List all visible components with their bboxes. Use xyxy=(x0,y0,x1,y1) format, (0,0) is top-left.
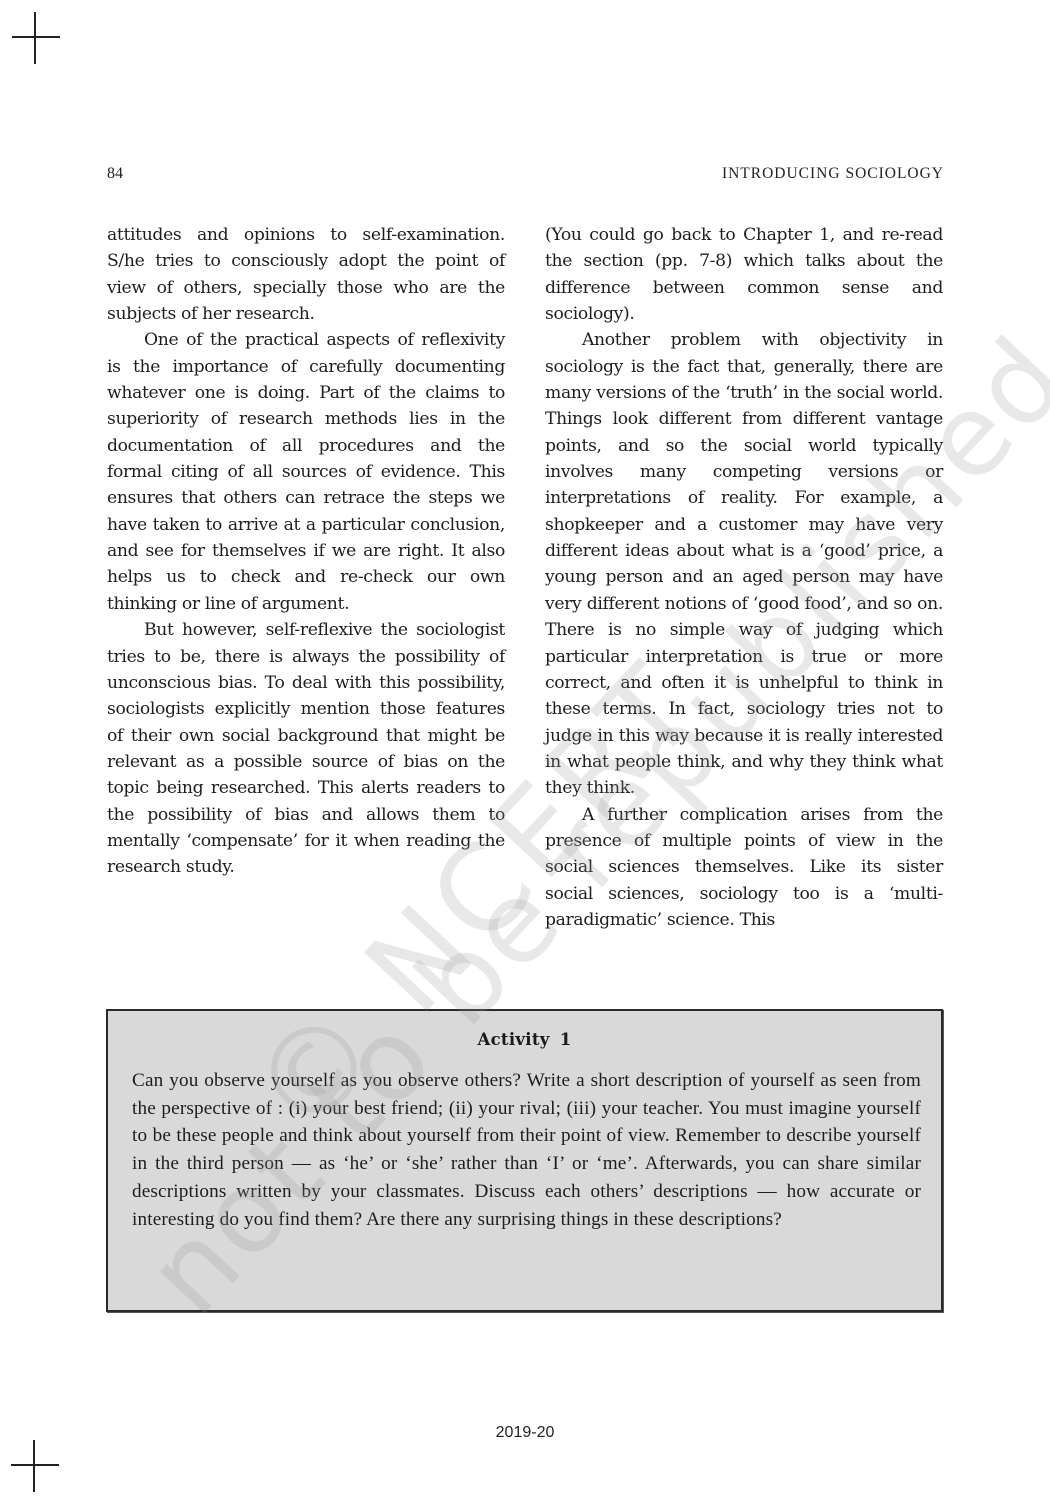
page-number: 84 xyxy=(107,165,123,183)
running-head: 84 INTRODUCING SOCIOLOGY xyxy=(107,165,944,187)
activity-box: Activity 1 Can you observe yourself as y… xyxy=(106,1009,943,1312)
crop-mark-vertical-line xyxy=(33,1440,35,1492)
right-text-column: (You could go back to Chapter 1, and re-… xyxy=(545,222,943,933)
crop-mark-horizontal-line xyxy=(12,36,60,38)
paragraph-versions-of-truth: Another problem with objectivity in soci… xyxy=(545,327,943,801)
paragraph-reflexivity-documentation: One of the practical aspects of reflexiv… xyxy=(107,327,505,617)
crop-mark-bottom-left xyxy=(11,1440,61,1492)
crop-mark-horizontal-line xyxy=(11,1464,59,1466)
crop-mark-top-left xyxy=(12,12,62,64)
activity-body: Can you observe yourself as you observe … xyxy=(132,1067,921,1233)
left-text-column: attitudes and opinions to self-examinati… xyxy=(107,222,505,881)
paragraph-chapter-reference: (You could go back to Chapter 1, and re-… xyxy=(545,222,943,327)
paragraph-unconscious-bias: But however, self-reflexive the sociolog… xyxy=(107,617,505,880)
crop-mark-vertical-line xyxy=(34,12,36,64)
paragraph-multiple-points-of-view: A further complication arises from the p… xyxy=(545,802,943,934)
paragraph-continued: attitudes and opinions to self-examinati… xyxy=(107,222,505,327)
footer-year: 2019-20 xyxy=(0,1424,1050,1442)
activity-title: Activity 1 xyxy=(108,1030,941,1049)
book-title: INTRODUCING SOCIOLOGY xyxy=(722,165,944,183)
